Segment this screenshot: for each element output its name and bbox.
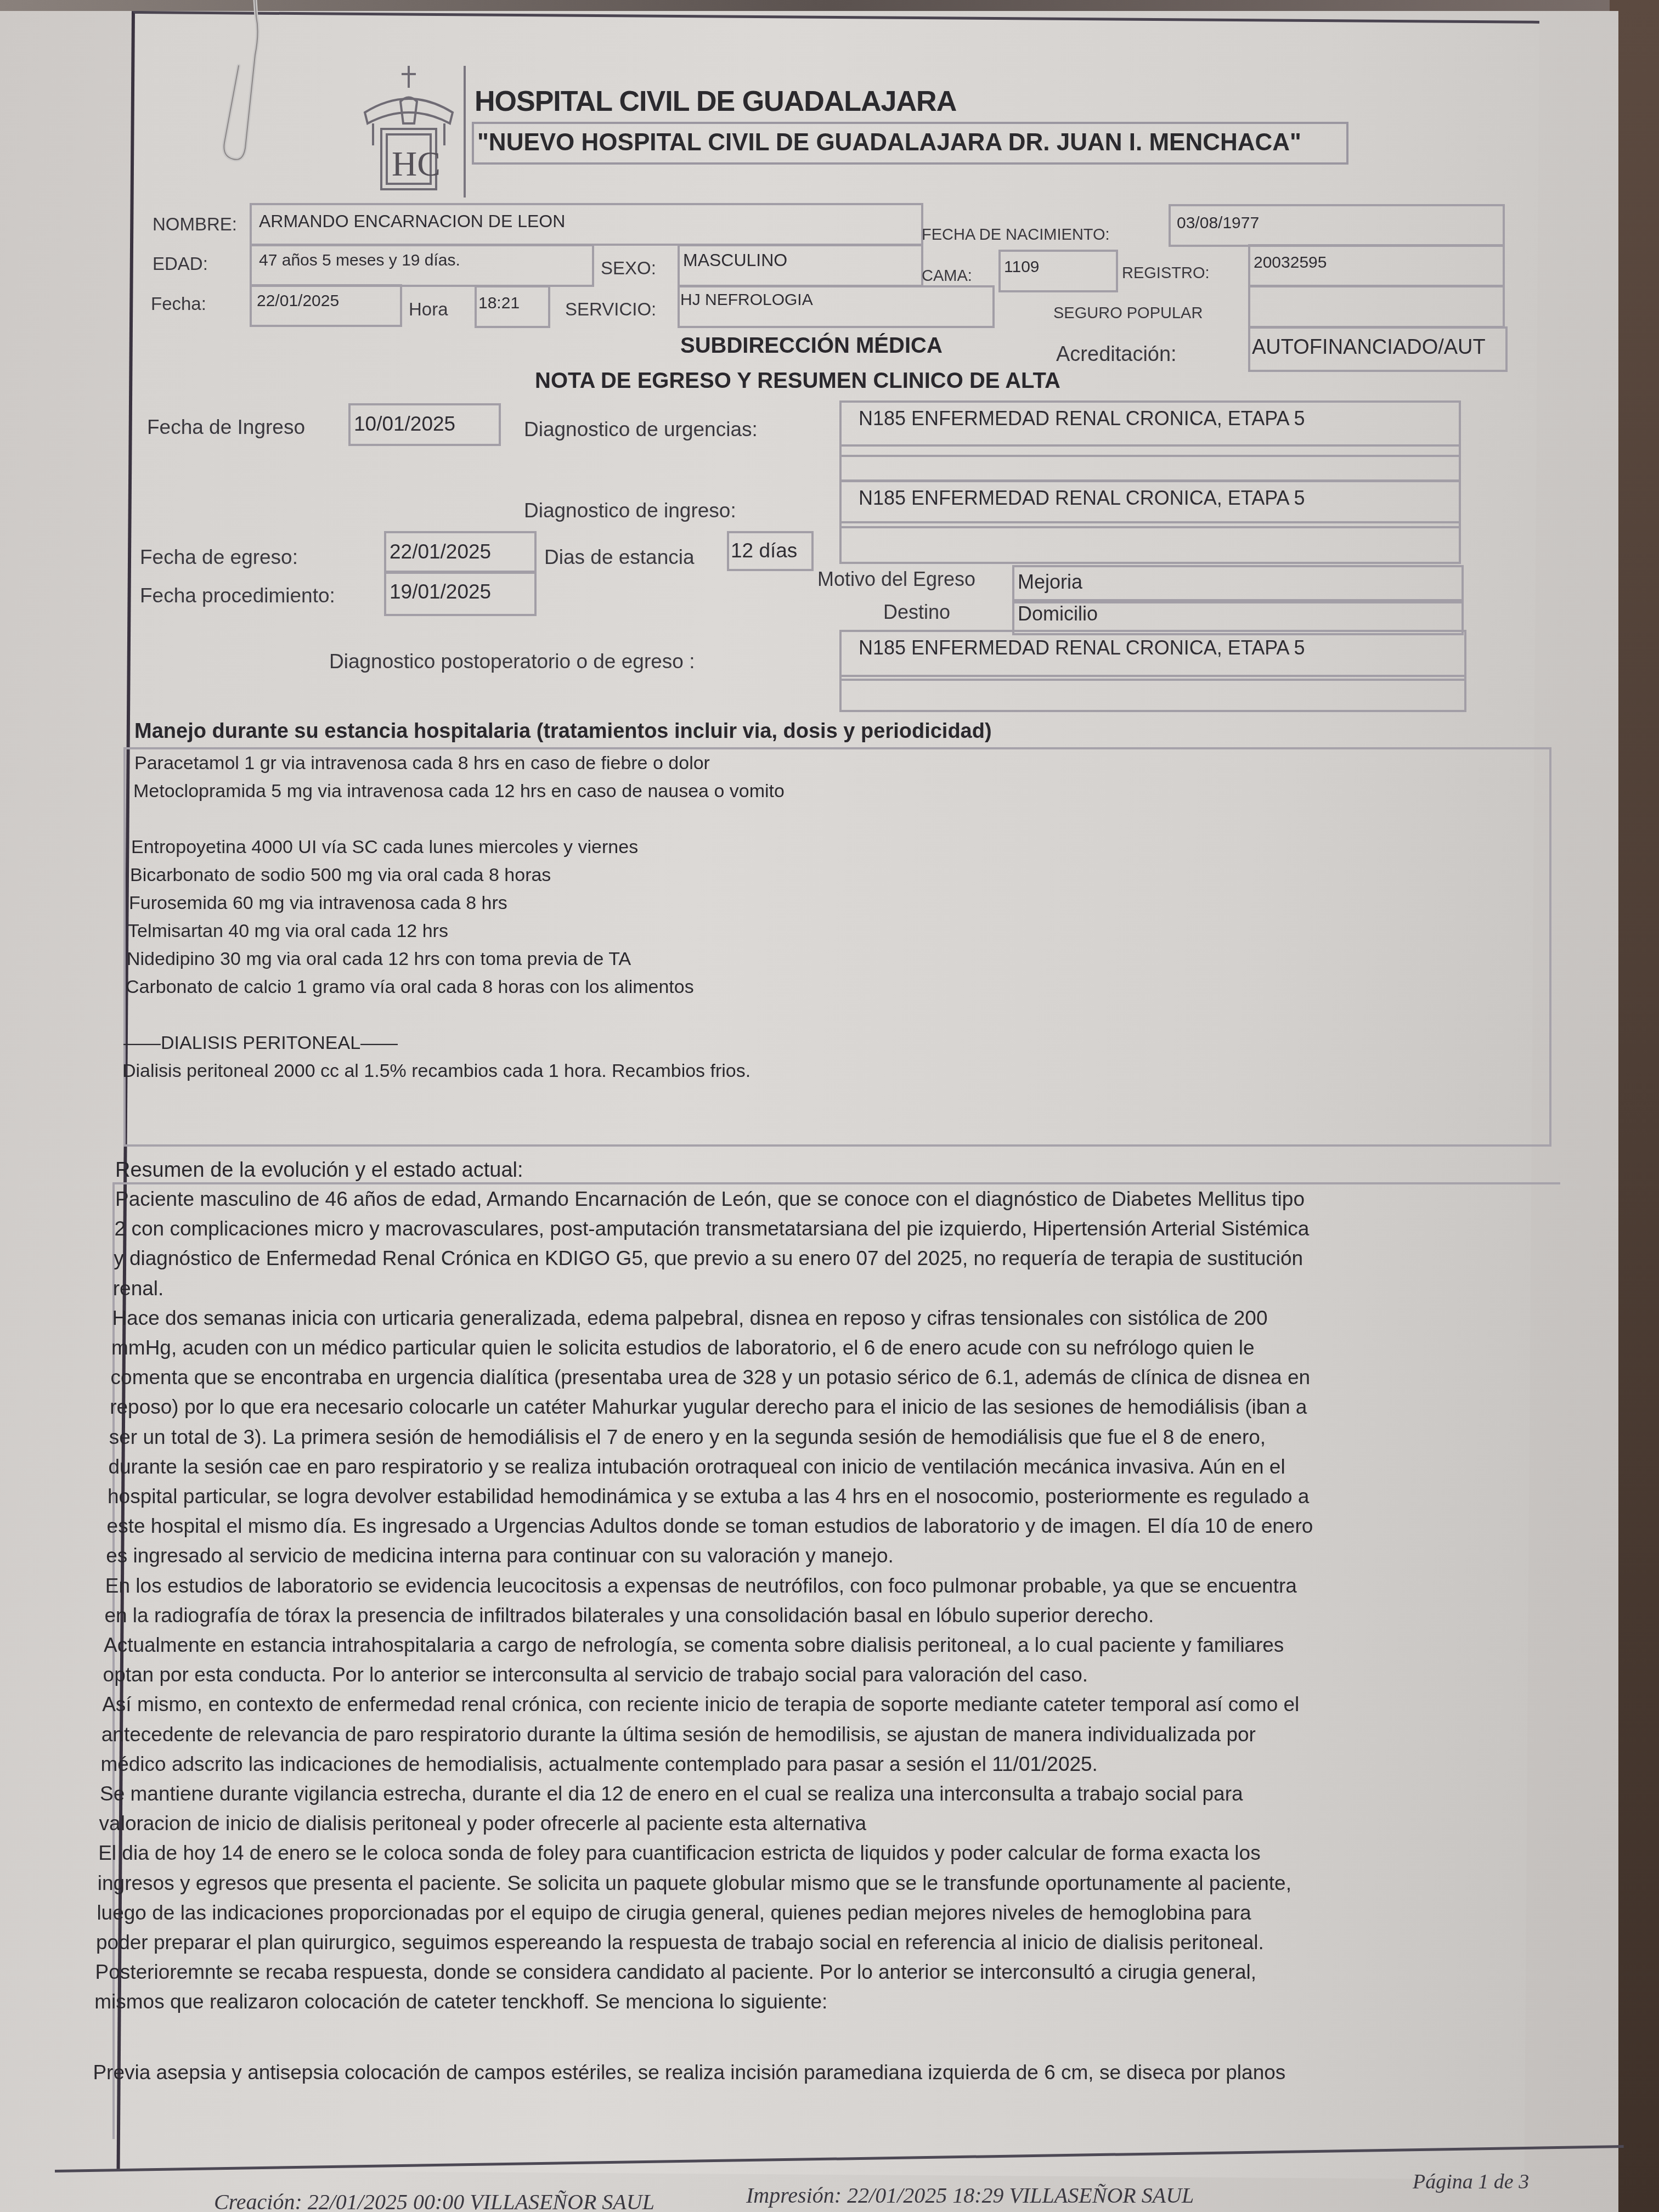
paperclip-icon (217, 0, 272, 165)
resumen-line: Hace dos semanas inicia con urticaria ge… (112, 1307, 1267, 1330)
dx-egreso-box-2 (839, 675, 1466, 712)
edad-label: EDAD: (153, 253, 208, 274)
nota-title: NOTA DE EGRESO Y RESUMEN CLINICO DE ALTA (535, 369, 1060, 393)
resumen-line: El dia de hoy 14 de enero se le coloca s… (98, 1842, 1261, 1865)
servicio-value: HJ NEFROLOGIA (680, 291, 813, 309)
resumen-line: 2 con complicaciones micro y macrovascul… (115, 1217, 1310, 1240)
resumen-line: comenta que se encontraba en urgencia di… (111, 1366, 1311, 1389)
destino-value: Domicilio (1018, 602, 1098, 625)
motivo-egreso-label: Motivo del Egreso (817, 568, 975, 591)
resumen-line: mismos que realizaron colocación de cate… (94, 1990, 827, 2013)
dx-egreso-label: Diagnostico postoperatorio o de egreso : (329, 650, 695, 673)
resumen-line: y diagnóstico de Enfermedad Renal Crónic… (114, 1247, 1303, 1270)
fecha-egreso-label: Fecha de egreso: (140, 546, 298, 569)
resumen-line: Posterioremnte se recaba respuesta, dond… (95, 1961, 1256, 1984)
manejo-heading: Manejo durante su estancia hospitalaria … (134, 720, 992, 743)
manejo-item: Metoclopramida 5 mg via intravenosa cada… (133, 781, 785, 802)
resumen-line: mmHg, acuden con un médico particular qu… (111, 1336, 1255, 1359)
dx-urgencias-value: N185 ENFERMEDAD RENAL CRONICA, ETAPA 5 (859, 407, 1305, 430)
fecha-procedimiento-value: 19/01/2025 (390, 580, 491, 603)
sexo-label: SEXO: (601, 258, 656, 279)
manejo-item: Paracetamol 1 gr via intravenosa cada 8 … (134, 753, 710, 774)
fecha-value: 22/01/2025 (257, 292, 339, 311)
resumen-line: Actualmente en estancia intrahospitalari… (104, 1634, 1284, 1657)
resumen-line: hospital particular, se logra devolver e… (108, 1485, 1309, 1508)
hospital-subtitle: "NUEVO HOSPITAL CIVIL DE GUADALAJARA DR.… (477, 129, 1301, 156)
resumen-line: Previa asepsia y antisepsia colocación d… (93, 2061, 1285, 2084)
hospital-name: HOSPITAL CIVIL DE GUADALAJARA (475, 85, 956, 118)
resumen-line: poder preparar el plan quirurgico, segui… (96, 1931, 1264, 1954)
footer-page-number: Página 1 de 3 (1413, 2170, 1529, 2194)
resumen-line: valoracion de inicio de dialisis periton… (99, 1812, 867, 1835)
dialisis-subheading: ——DIALISIS PERITONEAL—— (123, 1032, 398, 1054)
hospital-crest-logo-icon: HC (357, 63, 461, 195)
manejo-item: Furosemida 60 mg via intravenosa cada 8 … (129, 893, 507, 914)
manejo-item: Entropoyetina 4000 UI vía SC cada lunes … (131, 837, 638, 858)
resumen-line: este hospital el mismo día. Es ingresado… (107, 1515, 1313, 1538)
manejo-frame (123, 747, 1551, 1147)
manejo-item: Dialisis peritoneal 2000 cc al 1.5% reca… (122, 1060, 751, 1082)
nombre-label: NOMBRE: (153, 214, 237, 235)
fecha-procedimiento-label: Fecha procedimiento: (140, 584, 335, 607)
resumen-line: Se mantiene durante vigilancia estrecha,… (100, 1782, 1243, 1805)
destino-label: Destino (883, 601, 950, 624)
resumen-line: luego de las indicaciones proporcionadas… (97, 1901, 1251, 1925)
acreditacion-label: Acreditación: (1056, 343, 1177, 366)
registro-value: 20032595 (1254, 253, 1327, 272)
svg-text:HC: HC (392, 144, 441, 183)
fecha-nacimiento-value: 03/08/1977 (1177, 214, 1259, 233)
dx-ingreso-box-2 (839, 521, 1461, 564)
sexo-value: MASCULINO (683, 250, 787, 270)
resumen-line: es ingresado al servicio de medicina int… (106, 1544, 894, 1567)
fecha-nacimiento-label: FECHA DE NACIMIENTO: (922, 226, 1110, 244)
motivo-egreso-value: Mejoria (1018, 571, 1082, 594)
resumen-line: durante la sesión cae en paro respirator… (108, 1455, 1285, 1479)
dx-urgencias-box-2 (839, 444, 1461, 482)
resumen-line: Así mismo, en contexto de enfermedad ren… (102, 1693, 1299, 1716)
dx-urgencias-label: Diagnostico de urgencias: (524, 418, 758, 441)
footer-creacion: Creación: 22/01/2025 00:00 VILLASEÑOR SA… (214, 2189, 654, 2212)
dias-estancia-label: Dias de estancia (544, 546, 695, 569)
manejo-item: Carbonato de calcio 1 gramo vía oral cad… (126, 977, 694, 998)
dx-ingreso-label: Diagnostico de ingreso: (524, 499, 736, 522)
resumen-heading: Resumen de la evolución y el estado actu… (115, 1159, 523, 1182)
resumen-line: renal. (113, 1277, 164, 1300)
resumen-line: ingresos y egresos que presenta el pacie… (98, 1872, 1291, 1895)
seguro-popular-label: SEGURO POPULAR (1053, 304, 1203, 323)
fecha-label: Fecha: (151, 294, 206, 314)
nombre-value: ARMANDO ENCARNACION DE LEON (259, 211, 565, 232)
manejo-item: Telmisartan 40 mg via oral cada 12 hrs (128, 921, 448, 942)
resumen-line: ser un total de 3). La primera sesión de… (109, 1426, 1266, 1449)
acreditacion-value: AUTOFINANCIADO/AUT (1252, 336, 1486, 359)
cama-label: CAMA: (922, 267, 972, 285)
seguro-popular-box (1248, 285, 1505, 328)
resumen-line: antecedente de relevancia de paro respir… (101, 1723, 1256, 1746)
header-divider (464, 66, 466, 198)
dias-estancia-value: 12 días (731, 539, 797, 562)
cama-value: 1109 (1004, 258, 1040, 276)
manejo-item: Nidedipino 30 mg via oral cada 12 hrs co… (127, 949, 631, 970)
resumen-line: Paciente masculino de 46 años de edad, A… (115, 1188, 1305, 1211)
fecha-egreso-value: 22/01/2025 (390, 540, 491, 563)
resumen-line: En los estudios de laboratorio se eviden… (105, 1575, 1297, 1598)
hora-label: Hora (409, 299, 448, 320)
fecha-ingreso-value: 10/01/2025 (354, 413, 455, 436)
dx-ingreso-value: N185 ENFERMEDAD RENAL CRONICA, ETAPA 5 (859, 487, 1305, 510)
subdireccion-title: SUBDIRECCIÓN MÉDICA (680, 334, 943, 358)
hora-value: 18:21 (478, 294, 520, 313)
registro-label: REGISTRO: (1122, 264, 1210, 283)
servicio-label: SERVICIO: (565, 299, 656, 320)
fecha-ingreso-label: Fecha de Ingreso (147, 416, 305, 439)
resumen-line: optan por esta conducta. Por lo anterior… (103, 1663, 1088, 1686)
footer-impresion: Impresión: 22/01/2025 18:29 VILLASEÑOR S… (746, 2182, 1194, 2208)
resumen-line: en la radiografía de tórax la presencia … (104, 1604, 1154, 1627)
edad-value: 47 años 5 meses y 19 días. (259, 251, 460, 270)
manejo-item: Bicarbonato de sodio 500 mg via oral cad… (130, 865, 551, 886)
dx-egreso-value: N185 ENFERMEDAD RENAL CRONICA, ETAPA 5 (859, 636, 1305, 659)
resumen-line: reposo) por lo que era necesario colocar… (110, 1396, 1307, 1419)
resumen-line: médico adscrito las indicaciones de hemo… (100, 1753, 1098, 1776)
